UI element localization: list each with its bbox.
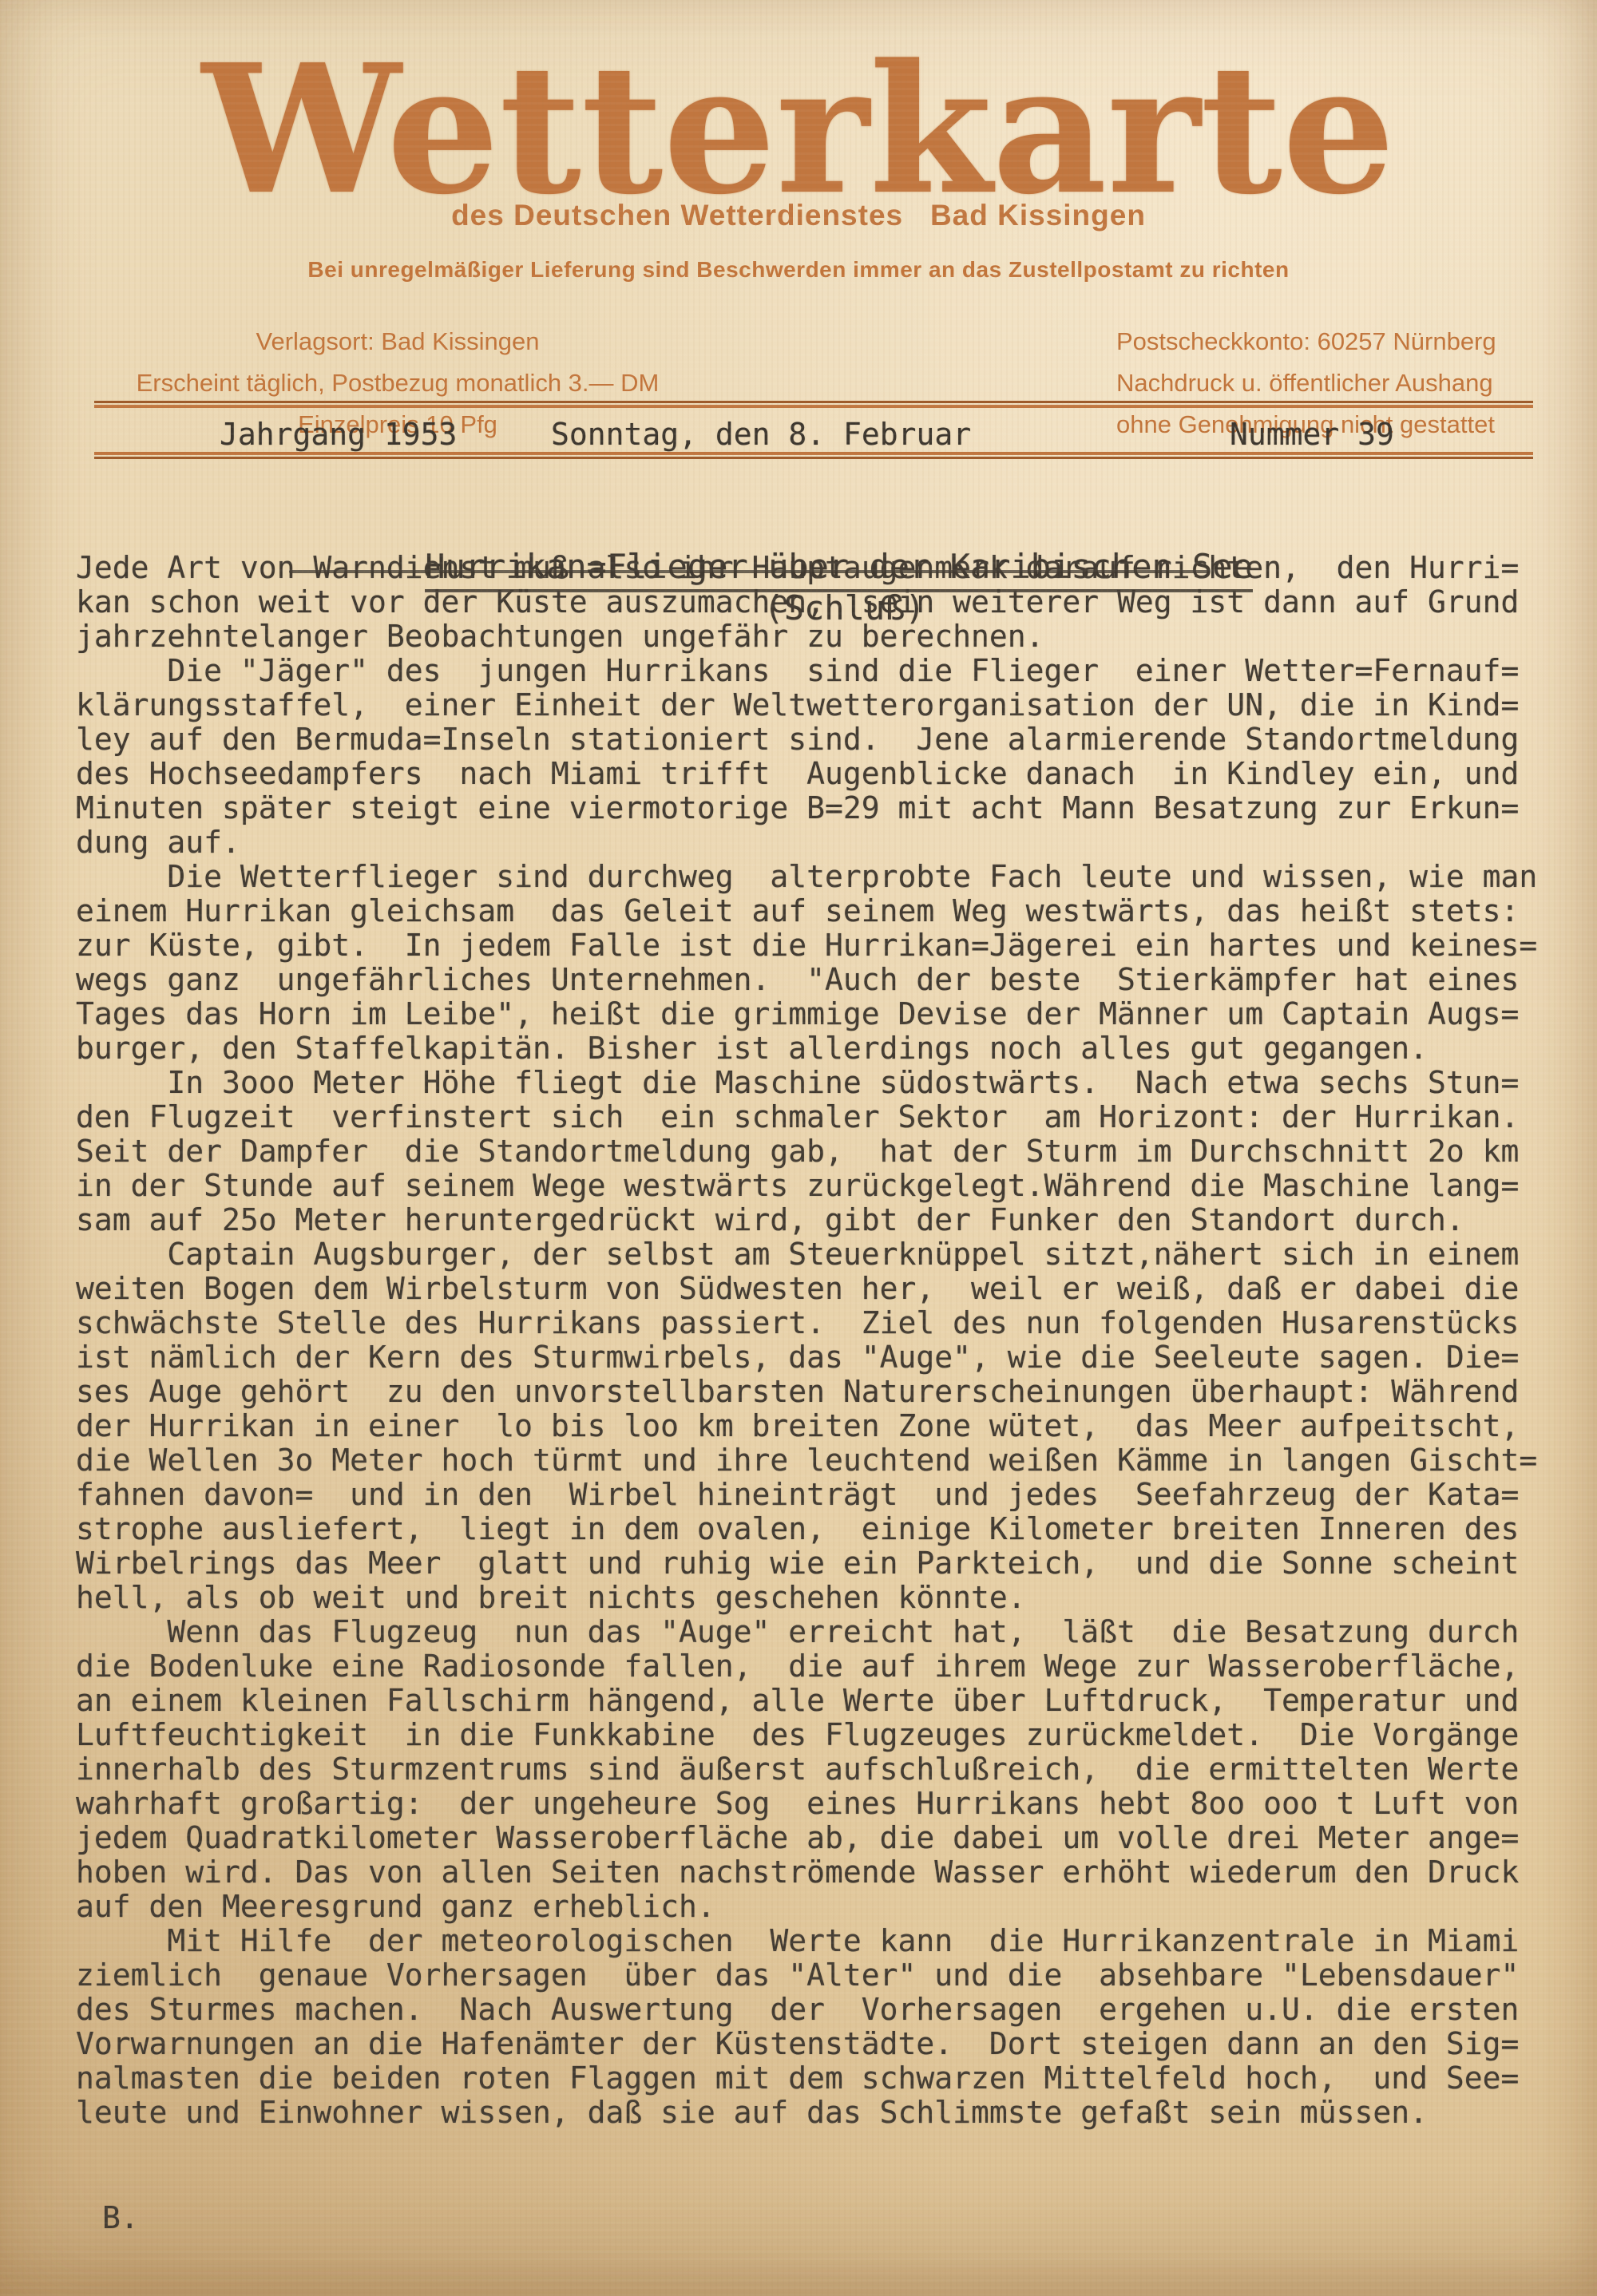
publication-frequency: Erscheint täglich, Postbezug monatlich 3… [131, 362, 664, 404]
reprint-notice-line1: Nachdruck u. öffentlicher Aushang [1116, 362, 1496, 404]
article-body: Jede Art von Warndienst muß also ihr Hau… [76, 551, 1537, 2130]
author-mark: B. [102, 2200, 139, 2235]
newspaper-page: Wetterkarte des Deutschen Wetterdienstes… [0, 0, 1597, 2296]
divider-rule-top [94, 401, 1533, 408]
issue-volume: Jahrgang 1953 [220, 417, 457, 452]
masthead-subtitle: des Deutschen Wetterdienstes Bad Kissing… [0, 200, 1597, 232]
issue-number: Nummer 39 [1230, 417, 1394, 452]
publisher-location: Verlagsort: Bad Kissingen [131, 321, 664, 362]
divider-rule-bottom [94, 452, 1533, 459]
issue-line: Jahrgang 1953 Sonntag, den 8. Februar Nu… [0, 417, 1597, 452]
issue-date: Sonntag, den 8. Februar [551, 417, 971, 452]
masthead-title: Wetterkarte [0, 42, 1597, 219]
postal-account: Postscheckkonto: 60257 Nürnberg [1116, 321, 1496, 362]
delivery-notice: Bei unregelmäßiger Lieferung sind Beschw… [0, 257, 1597, 283]
